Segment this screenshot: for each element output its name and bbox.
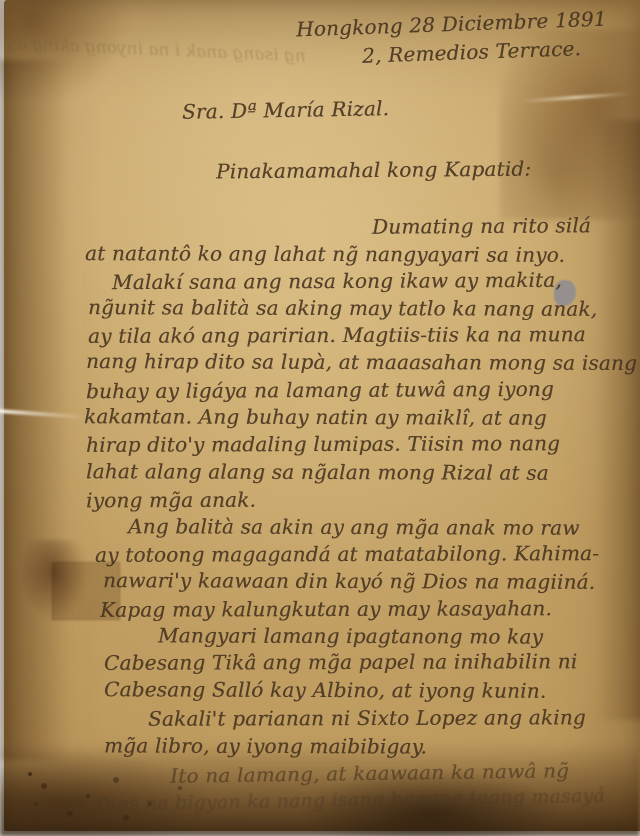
- letter-line: Cabesang Tikâ ang mg̃a papel na inihabil…: [104, 649, 577, 675]
- letter-line: ay tila akó ang paririan. Magtiis-tiis k…: [88, 322, 586, 348]
- recipient-line: Sra. Dª María Rizal.: [182, 96, 389, 124]
- letter-line: at natantô ko ang lahat ng̃ nangyayari s…: [85, 241, 565, 267]
- address-line: 2, Remedios Terrace.: [362, 36, 582, 68]
- ink-bleedthrough: ng isang anak i na inyong aking ay: [6, 33, 307, 66]
- letter-line: Dumating na rito silá: [372, 213, 591, 239]
- letter-line: Sakali't parianan ni Sixto Lopez ang aki…: [148, 705, 586, 731]
- letter-line: Ito na lamang, at kaawaan ka nawâ ng̃: [170, 758, 569, 788]
- letter-scan: ng isang anak i na inyong aking ay Hongk…: [0, 0, 640, 836]
- letter-line: nawari'y kaawaan din kayó ng̃ Dios na ma…: [103, 568, 595, 594]
- handwriting-layer: ng isang anak i na inyong aking ay Hongk…: [0, 0, 640, 836]
- letter-line: Malakí sana ang nasa kong ikaw ay makita…: [112, 268, 562, 294]
- letter-line: iyong mg̃a anak.: [86, 488, 256, 513]
- letter-line: Ang balità sa akin ay ang mg̃a anak mo r…: [128, 514, 580, 540]
- letter-line: Dios na bigyan ka nang isang bagong taon…: [95, 785, 605, 816]
- salutation-line: Pinakamamahal kong Kapatid:: [216, 157, 531, 184]
- letter-line: buhay ay ligáya na lamang at tuwâ ang iy…: [86, 377, 554, 403]
- letter-line: Cabesang Salló kay Albino, at iyong kuni…: [104, 677, 546, 703]
- letter-line: mg̃a libro, ay iyong maibibigay.: [104, 733, 427, 758]
- letter-line: ay totoong magagandá at matatabilong. Ka…: [95, 541, 599, 567]
- letter-line: Kapag may kalungkutan ay may kasayahan.: [100, 596, 552, 622]
- letter-line: Mangyari lamang ipagtanong mo kay: [158, 623, 543, 648]
- letter-line: nang hirap dito sa lupà, at maaasahan mo…: [86, 349, 637, 375]
- letter-line: hirap dito'y madaling lumipas. Tiisin mo…: [86, 431, 560, 457]
- letter-line: lahat alang alang sa ng̃alan mong Rizal …: [86, 459, 549, 485]
- letter-line: kakamtan. Ang buhay natin ay maiklî, at …: [84, 404, 547, 430]
- letter-line: ng̃unit sa balità sa aking may tatlo ka …: [88, 295, 597, 321]
